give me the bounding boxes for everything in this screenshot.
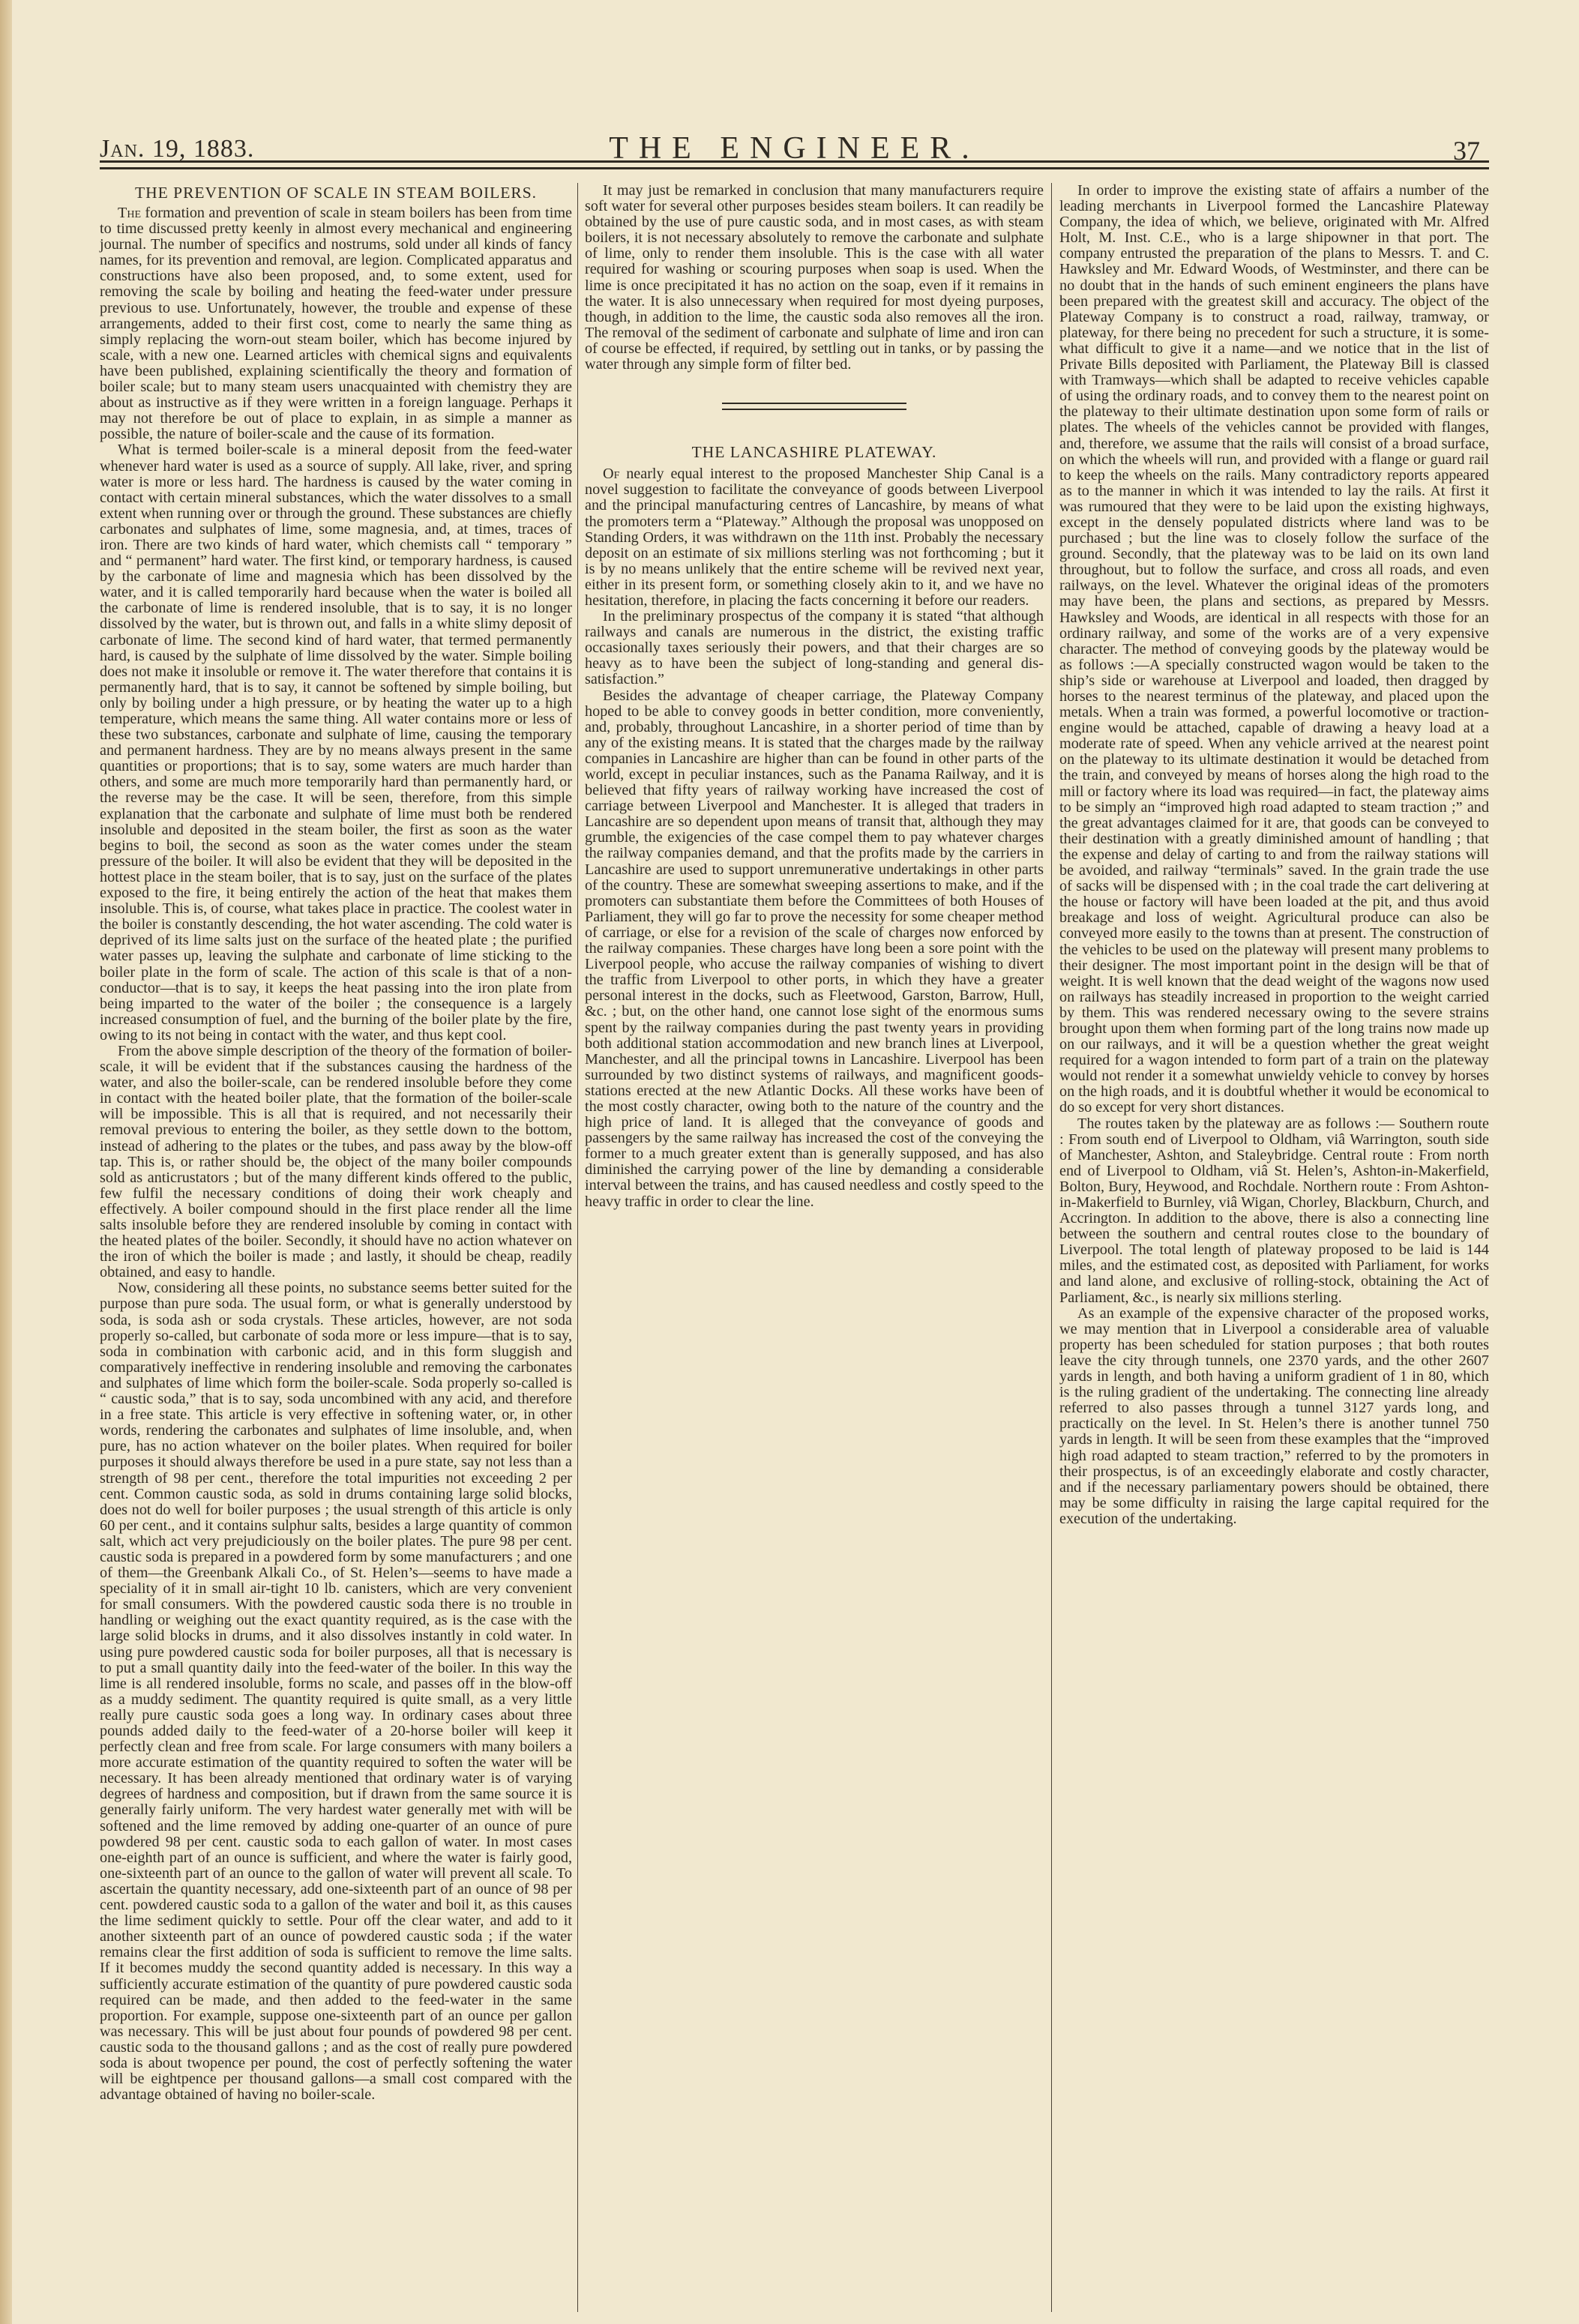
drop-word: The — [118, 205, 141, 221]
column-rule — [577, 183, 578, 2312]
article-paragraph: As an example of the expensive character… — [1059, 1306, 1489, 1527]
article-paragraph: Now, considering all these points, no su… — [100, 1280, 572, 2103]
column-rule — [1051, 183, 1052, 2312]
article-paragraph: In order to improve the existing state o… — [1059, 183, 1489, 1116]
article-paragraph: Besides the advantage of cheaper carriag… — [585, 688, 1044, 1210]
article-paragraph: The routes taken by the plateway are as … — [1059, 1116, 1489, 1306]
article-paragraph: The formation and prevention of scale in… — [100, 205, 572, 442]
column-2: It may just be remarked in conclusion th… — [585, 183, 1044, 2305]
column-3: In order to improve the existing state o… — [1059, 183, 1489, 2305]
article-title-scale-prevention: THE PREVENTION OF SCALE IN STEAM BOILERS… — [100, 184, 572, 201]
drop-word: Of — [603, 466, 619, 482]
masthead-double-rule — [100, 160, 1489, 169]
article-paragraph: From the above simple description of the… — [100, 1044, 572, 1280]
article-paragraph: It may just be remarked in conclusion th… — [585, 183, 1044, 373]
section-divider — [722, 403, 906, 410]
page-edge — [0, 0, 12, 2324]
column-1: THE PREVENTION OF SCALE IN STEAM BOILERS… — [100, 183, 572, 2305]
article-paragraph: What is termed boiler-scale is a mineral… — [100, 442, 572, 1044]
article-paragraph: Of nearly equal interest to the proposed… — [585, 466, 1044, 609]
newspaper-page: Jan. 19, 1883. THE ENGINEER. 37 THE PREV… — [100, 0, 1489, 2324]
article-title-lancashire-plateway: THE LANCASHIRE PLATEWAY. — [585, 445, 1044, 460]
article-paragraph: In the preliminary prospectus of the com… — [585, 609, 1044, 687]
